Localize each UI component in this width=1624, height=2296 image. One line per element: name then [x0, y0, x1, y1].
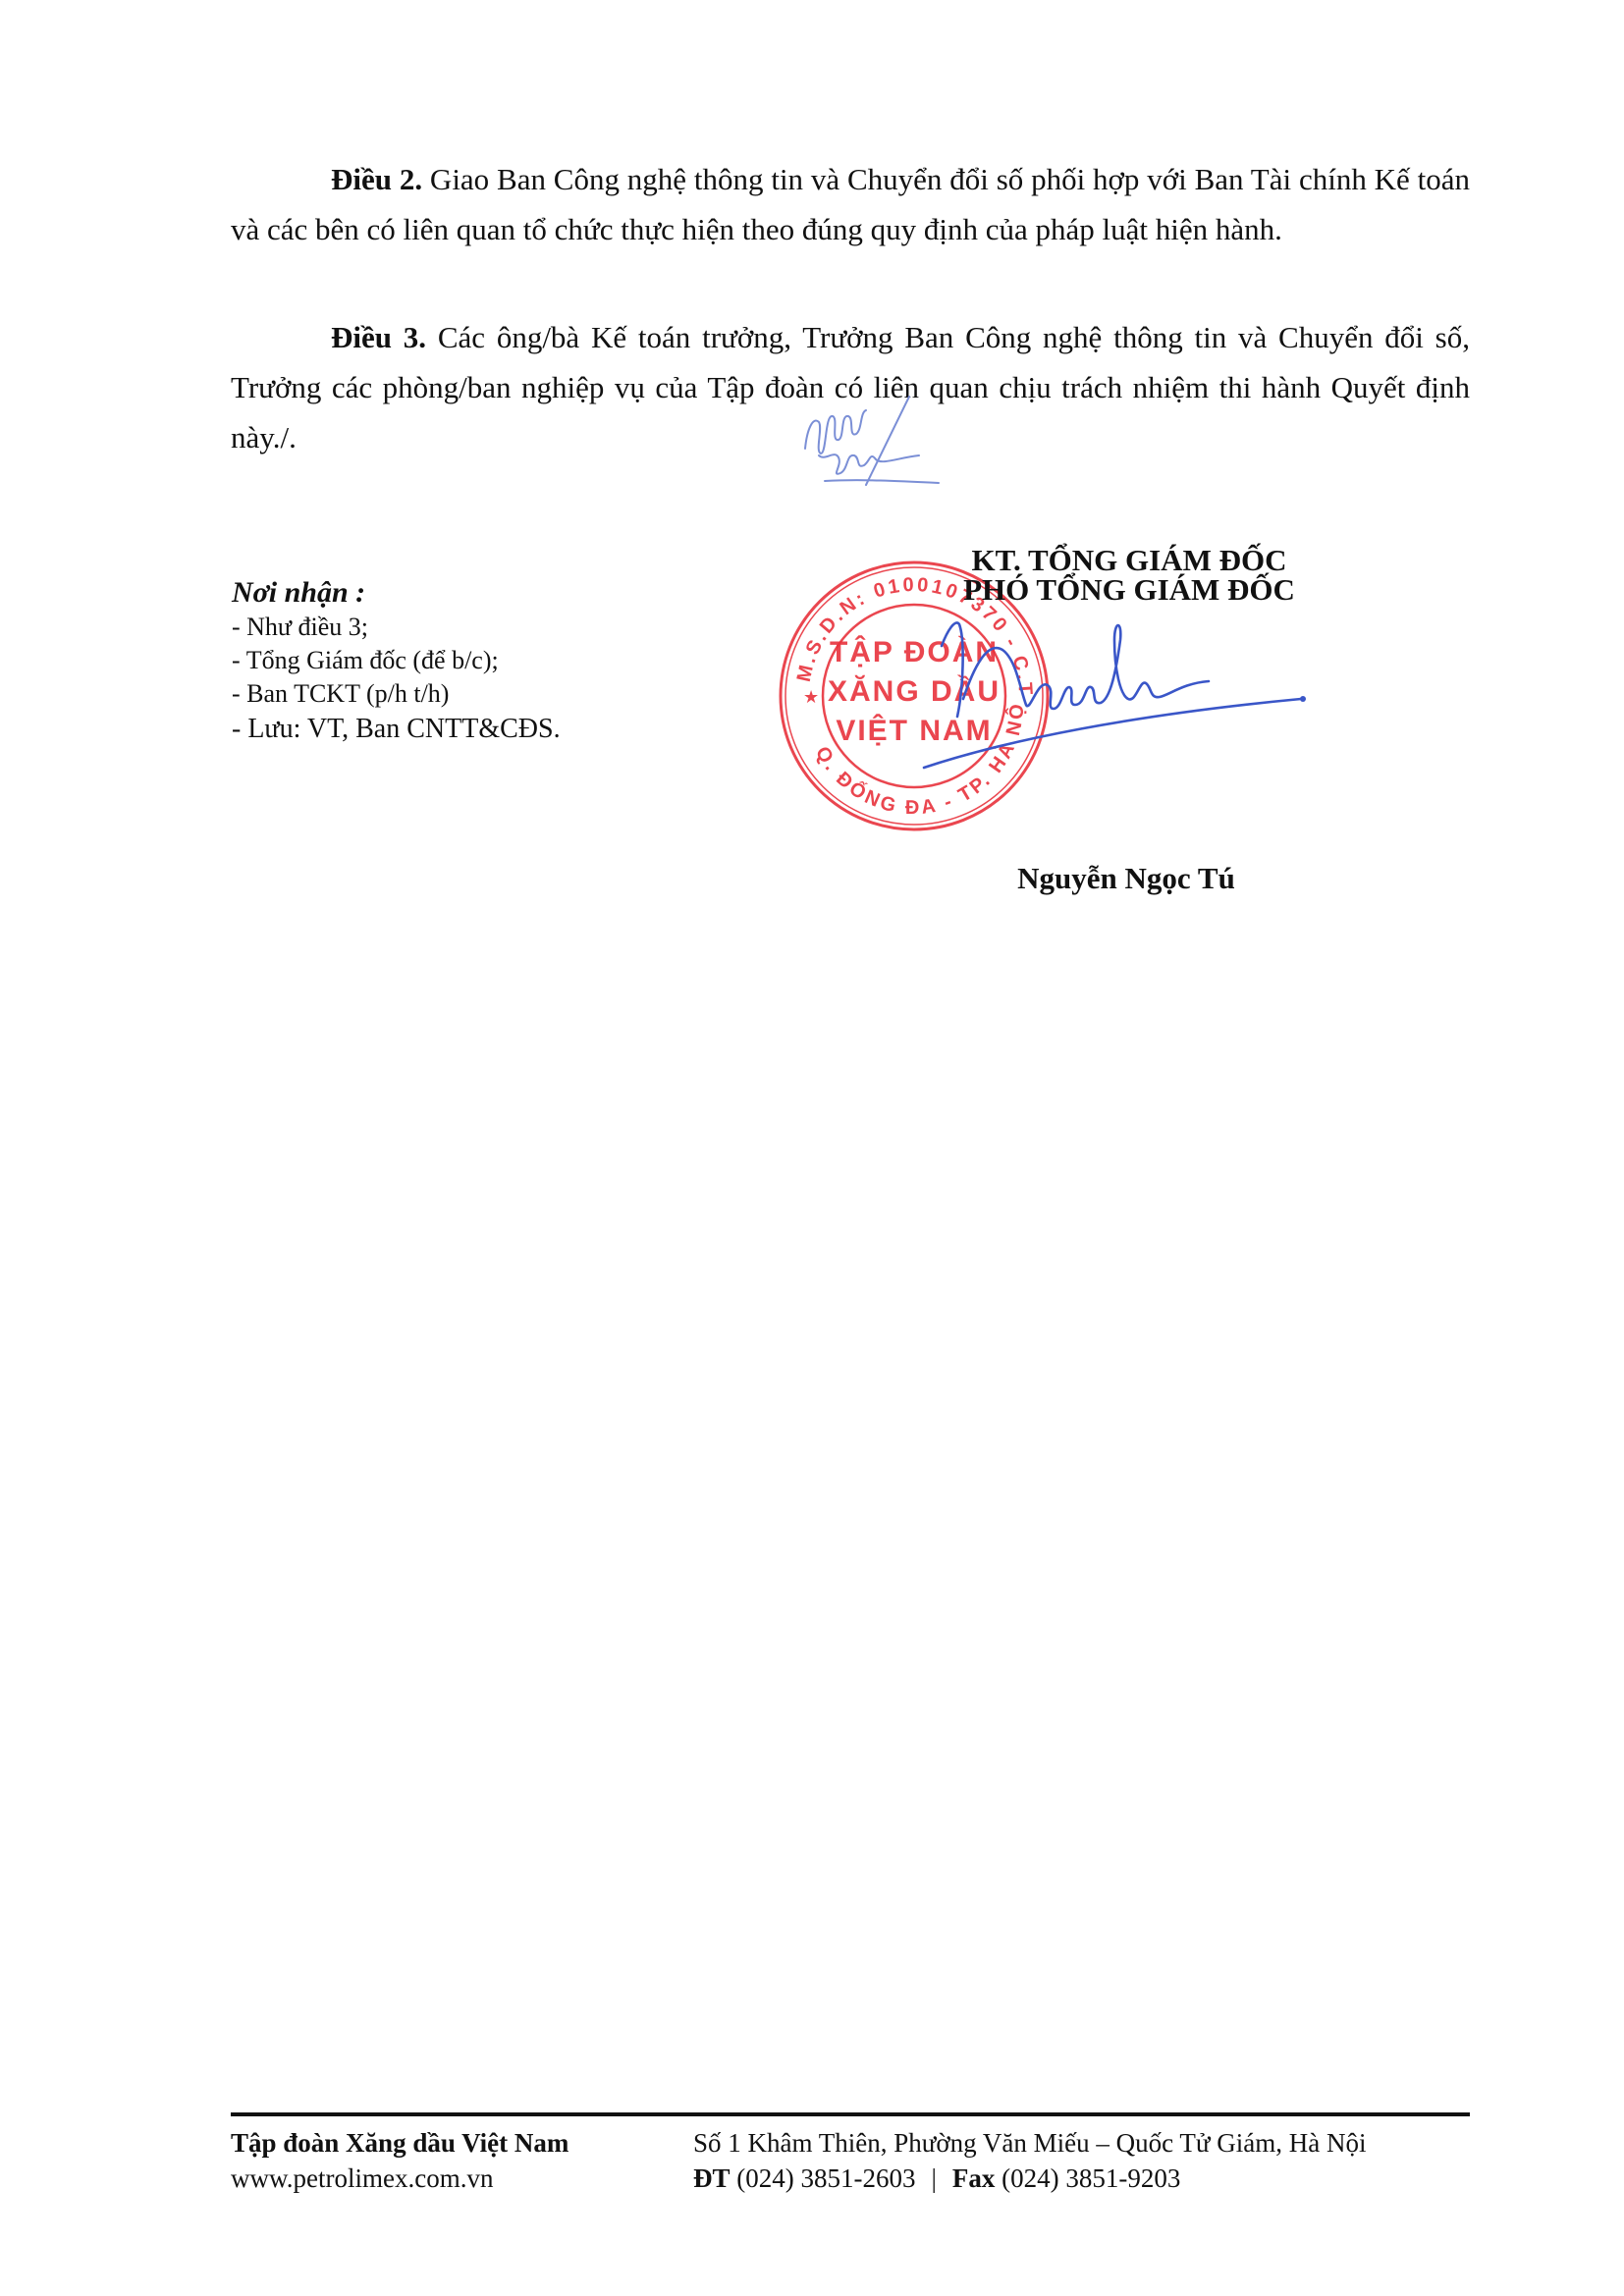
- article-2: Điều 2. Giao Ban Công nghệ thông tin và …: [231, 154, 1470, 254]
- footer-divider: [231, 2112, 1470, 2116]
- signer-name: Nguyễn Ngọc Tú: [930, 861, 1323, 896]
- recipients-block: Nơi nhận : - Như điều 3; - Tổng Giám đốc…: [232, 575, 561, 748]
- phone-number: (024) 3851-2603: [731, 2163, 916, 2193]
- footer-right: Số 1 Khâm Thiên, Phường Văn Miếu – Quốc …: [693, 2125, 1367, 2196]
- recipient-item: - Như điều 3;: [232, 611, 561, 644]
- footer-company: Tập đoàn Xăng dầu Việt Nam: [231, 2125, 568, 2161]
- contact-separator: |: [932, 2161, 937, 2196]
- recipient-item: - Tổng Giám đốc (để b/c);: [232, 644, 561, 677]
- article-2-label: Điều 2.: [331, 162, 422, 196]
- signer-title-line-2: PHÓ TỔNG GIÁM ĐỐC: [884, 575, 1375, 605]
- fax-number: (024) 3851-9203: [995, 2163, 1180, 2193]
- svg-text:★: ★: [803, 687, 819, 707]
- phone-label: ĐT: [693, 2163, 731, 2193]
- recipient-item: - Lưu: VT, Ban CNTT&CĐS.: [232, 711, 561, 748]
- initial-signature-icon: [791, 395, 948, 488]
- article-3-label: Điều 3.: [331, 320, 426, 354]
- footer-left: Tập đoàn Xăng dầu Việt Nam www.petrolime…: [231, 2125, 568, 2196]
- recipients-title: Nơi nhận :: [232, 575, 561, 611]
- recipient-item: - Ban TCKT (p/h t/h): [232, 677, 561, 711]
- footer-address: Số 1 Khâm Thiên, Phường Văn Miếu – Quốc …: [693, 2125, 1367, 2161]
- footer-contact: ĐT (024) 3851-2603|Fax (024) 3851-9203: [693, 2161, 1367, 2196]
- fax-label: Fax: [952, 2163, 996, 2193]
- handwritten-signature-icon: [918, 611, 1330, 777]
- footer-website[interactable]: www.petrolimex.com.vn: [231, 2161, 568, 2196]
- signer-title-line-1: KT. TỔNG GIÁM ĐỐC: [884, 546, 1375, 575]
